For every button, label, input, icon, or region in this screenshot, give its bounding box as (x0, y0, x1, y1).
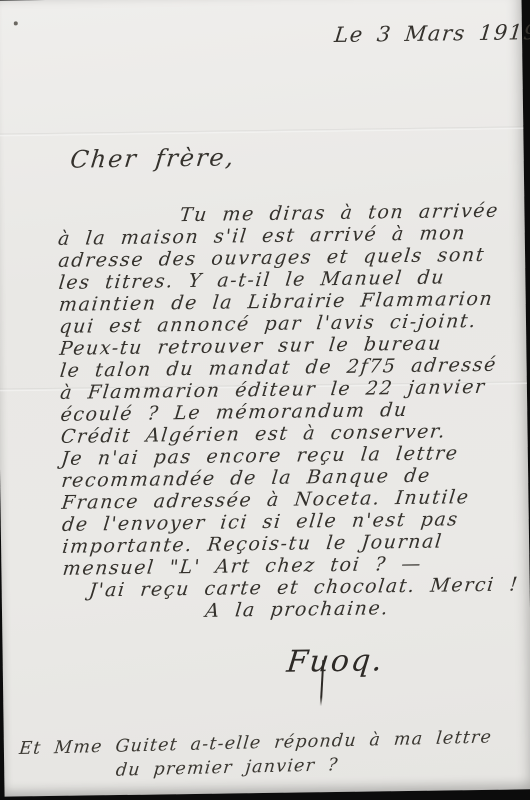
scanned-letter-background: Le 3 Mars 1919. Cher frère, Tu me diras … (0, 0, 530, 800)
letter-body: Tu me diras à ton arrivée à la maison s'… (56, 199, 524, 623)
letter-signature: Fuoq. (285, 643, 386, 679)
letter-salutation: Cher frère, (69, 143, 237, 173)
fold-crease-upper (0, 126, 523, 136)
letter-postscript: Et Mme Guitet a-t-elle répondu à ma lett… (18, 725, 519, 785)
ink-speck (14, 21, 18, 25)
letter-date: Le 3 Mars 1919. (333, 20, 530, 47)
letter-page: Le 3 Mars 1919. Cher frère, Tu me diras … (0, 0, 530, 797)
